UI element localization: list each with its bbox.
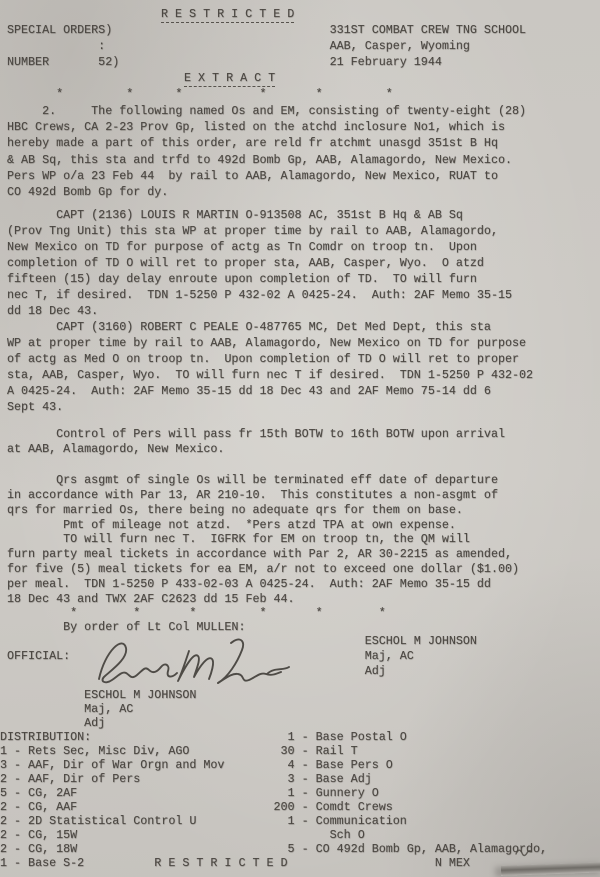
document-line: HBC Crews, CA 2-23 Prov Gp, listed on th… [7,119,600,135]
document-line: furn party meal tickets in accordance wi… [7,547,600,562]
document-line: TO will furn nec T. IGFRK for EM on troo… [7,532,600,547]
document-line: Pers WP o/a 23 Feb 44 by rail to AAB, Al… [7,168,600,184]
document-line: 2 - 2D Statistical Control U 1 - Communi… [0,814,600,828]
document-line: CAPT (3160) ROBERT C PEALE O-487765 MC, … [7,319,600,335]
document-line: 5 - CG, 2AF 1 - Gunnery O [0,786,600,800]
orders-title-line: SPECIAL ORDERS) 331ST COMBAT CREW TNG SC… [7,22,600,38]
document-line: DISTRIBUTION: 1 - Base Postal O [0,730,600,744]
restricted-banner: R E S T R I C T E D [7,6,600,22]
document-line: CO 492d Bomb Gp for dy. [7,184,600,200]
document-line: per meal. TDN 1-5250 P 433-02-03 A 0425-… [7,577,600,592]
document-line: 2 - CG, 18W 5 - CO 492d Bomb Gp, AAB, Al… [0,842,600,856]
typed-name-block: ESCHOL M JOHNSON Maj, AC Adj [0,688,600,730]
document-line: for five (5) meal tickets for ea EM, a/r… [7,562,600,577]
document-header: R E S T R I C T E D SPECIAL ORDERS) 331S… [0,6,600,102]
extract-heading: E X T R A C T [7,70,600,86]
document-line: 3 - AAF, Dir of War Orgn and Mov 4 - Bas… [0,758,600,772]
document-line: Control of Pers will pass fr 15th BOTW t… [7,427,600,442]
document-line: 2. The following named Os and EM, consis… [7,103,600,119]
document-line: Adj [7,664,600,679]
document-page: R E S T R I C T E D SPECIAL ORDERS) 331S… [0,0,600,877]
signature-block: ESCHOL M JOHNSONOFFICIAL: Maj, AC Adj [0,634,600,679]
document-line: WP at proper time by rail to AAB, Alamag… [7,335,600,351]
document-line: completion of TD O will ret to proper st… [7,255,600,271]
star-separator: * * * * * * [7,86,600,102]
document-line: 1 - Rets Sec, Misc Div, AGO 30 - Rail T [0,744,600,758]
document-line: 18 Dec 43 and TWX 2AF C2623 dd 15 Feb 44… [7,592,600,607]
orders-number-line: NUMBER 52) 21 February 1944 [7,54,600,70]
document-line: OFFICIAL: Maj, AC [7,649,600,664]
document-line: Pmt of mileage not atzd. *Pers atzd TPA … [7,518,600,533]
paragraph-quarters: Qrs asgmt of single Os will be terminate… [0,473,600,606]
document-line: & AB Sq, this sta and trfd to 492d Bomb … [7,152,600,168]
document-line: New Mexico on TD for purpose of actg as … [7,239,600,255]
paragraph-capt-peale: CAPT (3160) ROBERT C PEALE O-487765 MC, … [0,319,600,415]
document-line: 2 - CG, 15W Sch O [0,828,600,842]
document-line: fifteen (15) day delay enroute upon comp… [7,271,600,287]
closing-block: * * * * * * By order of Lt Col MULLEN: [0,606,600,634]
document-line: By order of Lt Col MULLEN: [7,620,600,634]
document-line: Qrs asgmt of single Os will be terminate… [7,473,600,488]
document-line: Maj, AC [7,702,600,716]
document-line: of actg as Med O on troop tn. Upon compl… [7,351,600,367]
document-line: A 0425-24. Auth: 2AF Memo 35-15 dd 18 De… [7,383,600,399]
document-line: * * * * * * [7,606,600,620]
document-line: ESCHOL M JOHNSON [7,634,600,649]
paragraph-capt-martin: CAPT (2136) LOUIS R MARTIN O-913508 AC, … [0,207,600,319]
document-line: qrs for married Os, there being no adequ… [7,503,600,518]
document-line: in accordance with Par 13, AR 210-10. Th… [7,488,600,503]
distribution-list: DISTRIBUTION: 1 - Base Postal O1 - Rets … [0,730,600,870]
document-line: (Prov Tng Unit) this sta WP at proper ti… [7,223,600,239]
document-line: dd 18 Dec 43. [7,303,600,319]
orders-colon-line: : AAB, Casper, Wyoming [7,38,600,54]
document-line: at AAB, Alamagordo, New Mexico. [7,442,600,457]
paragraph-2: 2. The following named Os and EM, consis… [0,103,600,200]
document-line: 2 - AAF, Dir of Pers 3 - Base Adj [0,772,600,786]
document-line: ESCHOL M JOHNSON [7,688,600,702]
paragraph-control-of-pers: Control of Pers will pass fr 15th BOTW t… [0,427,600,457]
document-line: 2 - CG, AAF 200 - Comdt Crews [0,800,600,814]
document-line: Sept 43. [7,399,600,415]
document-line: Adj [7,716,600,730]
extract-heading-text: E X T R A C T [184,71,275,87]
document-line: CAPT (2136) LOUIS R MARTIN O-913508 AC, … [7,207,600,223]
document-line: nec T, if desired. TDN 1-5250 P 432-02 A… [7,287,600,303]
document-line: sta, AAB, Casper, Wyo. TO will furn nec … [7,367,600,383]
document-line: hereby made a part of this order, are re… [7,135,600,151]
restricted-banner-text: R E S T R I C T E D [161,7,294,23]
